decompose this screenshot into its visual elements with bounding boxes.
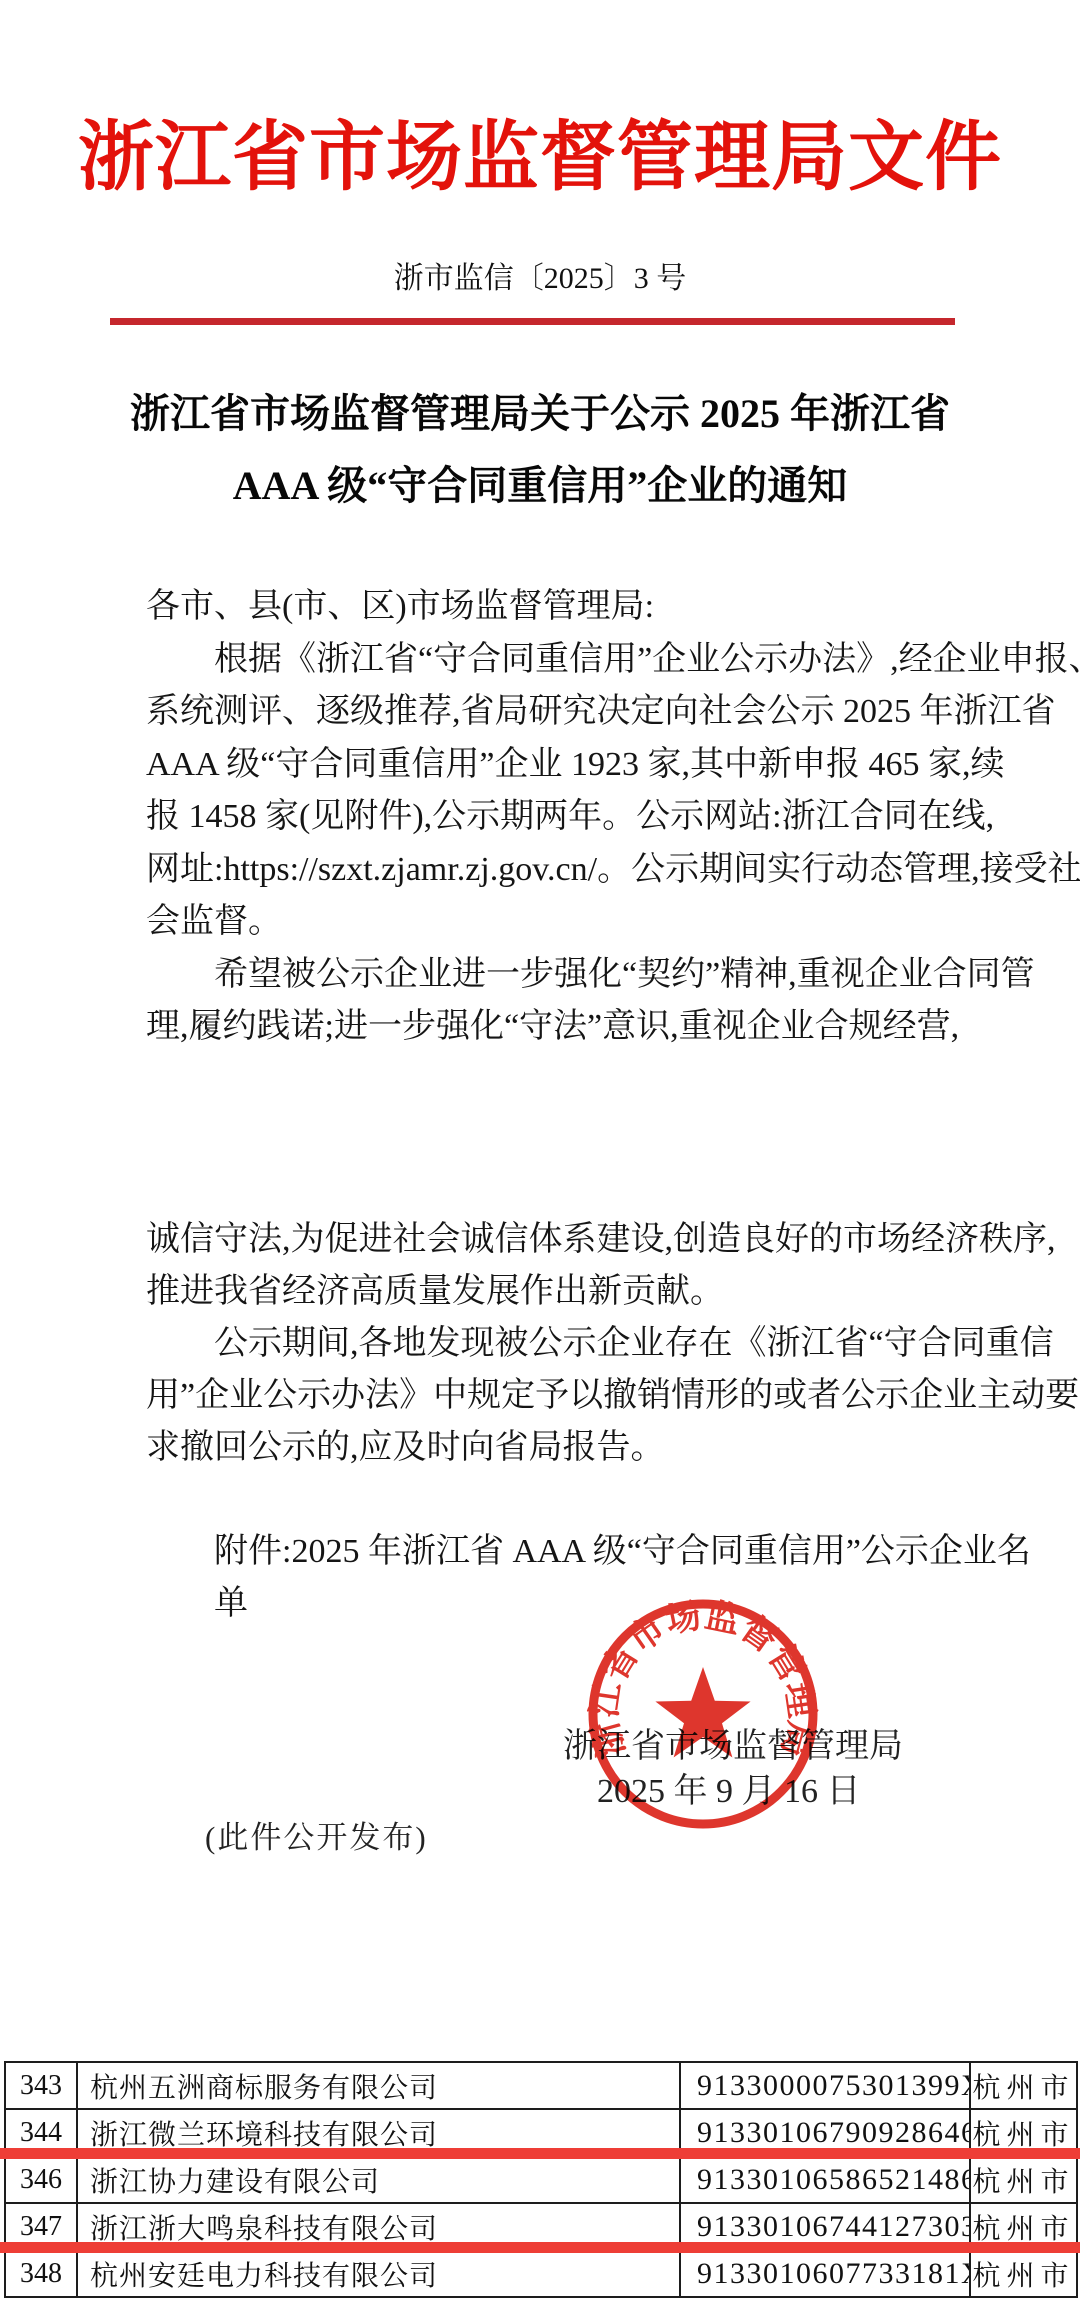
document-page: 浙江省市场监督管理局文件 浙市监信〔2025〕3 号 浙江省市场监督管理局关于公… [0, 0, 1080, 2298]
row-number: 346 [5, 2156, 77, 2203]
body-line: 公示期间,各地发现被公示企业存在《浙江省“守合同重信 [146, 1318, 958, 1370]
table-row: 343 杭州五洲商标服务有限公司 9133000075301399X4 杭州市 [5, 2062, 1077, 2109]
city: 杭州市 [970, 2062, 1077, 2109]
body-line: 用”企业公示办法》中规定予以撤销情形的或者公示企业主动要 [146, 1370, 958, 1422]
company-name: 杭州安廷电力科技有限公司 [77, 2250, 680, 2297]
doc-number: 浙市监信〔2025〕3 号 [0, 257, 1080, 301]
highlight-underline-row-347 [0, 2242, 1080, 2253]
body-line: AAA 级“守合同重信用”企业 1923 家,其中新申报 465 家,续 [146, 739, 958, 792]
body-line: 诚信守法,为促进社会诚信体系建设,创造良好的市场经济秩序, [146, 1214, 958, 1266]
body-page1: 各市、县(市、区)市场监督管理局: 根据《浙江省“守合同重信用”企业公示办法》,… [146, 581, 958, 1054]
body-line-url: 网址:https://szxt.zjamr.zj.gov.cn/。公示期间实行动… [146, 844, 958, 897]
table-row: 348 杭州安廷电力科技有限公司 9133010607733181X8 杭州市 [5, 2250, 1077, 2297]
attachment-line: 附件:2025 年浙江省 AAA 级“守合同重信用”公示企业名 [146, 1526, 958, 1578]
masthead-title: 浙江省市场监督管理局文件 [0, 104, 1080, 212]
body-line: 希望被公示企业进一步强化“契约”精神,重视企业合同管 [146, 949, 958, 1002]
row-number: 348 [5, 2250, 77, 2297]
body-line: 求撤回公示的,应及时向省局报告。 [146, 1422, 958, 1474]
body-line: 系统测评、逐级推荐,省局研究决定向社会公示 2025 年浙江省 [146, 686, 958, 739]
body-line: 推进我省经济高质量发展作出新贡献。 [146, 1266, 958, 1318]
notice-title: 浙江省市场监督管理局关于公示 2025 年浙江省 AAA 级“守合同重信用”企业… [0, 378, 1080, 522]
body-line: 报 1458 家(见附件),公示期两年。公示网站:浙江合同在线, [146, 791, 958, 844]
company-name: 浙江协力建设有限公司 [77, 2156, 680, 2203]
credit-code: 91330106586521486K [680, 2156, 970, 2203]
body-line: 根据《浙江省“守合同重信用”企业公示办法》,经企业申报、 [146, 634, 958, 687]
row-number: 343 [5, 2062, 77, 2109]
notice-title-line1: 浙江省市场监督管理局关于公示 2025 年浙江省 [0, 378, 1080, 450]
body-line: 理,履约践诺;进一步强化“守法”意识,重视企业合规经营, [146, 1001, 958, 1054]
table-row: 346 浙江协力建设有限公司 91330106586521486K 杭州市 [5, 2156, 1077, 2203]
salutation: 各市、县(市、区)市场监督管理局: [146, 581, 958, 634]
seal-star-icon [655, 1667, 750, 1758]
city: 杭州市 [970, 2156, 1077, 2203]
highlight-underline-row-344 [0, 2148, 1080, 2159]
notice-title-line2: AAA 级“守合同重信用”企业的通知 [0, 450, 1080, 522]
credit-code: 9133010607733181X8 [680, 2250, 970, 2297]
company-table: 343 杭州五洲商标服务有限公司 9133000075301399X4 杭州市 … [4, 2061, 1078, 2298]
body-page2: 诚信守法,为促进社会诚信体系建设,创造良好的市场经济秩序, 推进我省经济高质量发… [146, 1214, 958, 1474]
city: 杭州市 [970, 2250, 1077, 2297]
public-release-note: (此件公开发布) [205, 1818, 428, 1858]
company-name: 杭州五洲商标服务有限公司 [77, 2062, 680, 2109]
credit-code: 9133000075301399X4 [680, 2062, 970, 2109]
body-line: 会监督。 [146, 896, 958, 949]
red-separator-rule [110, 318, 955, 325]
official-seal: 浙江省市场监督管理局 [568, 1579, 838, 1849]
